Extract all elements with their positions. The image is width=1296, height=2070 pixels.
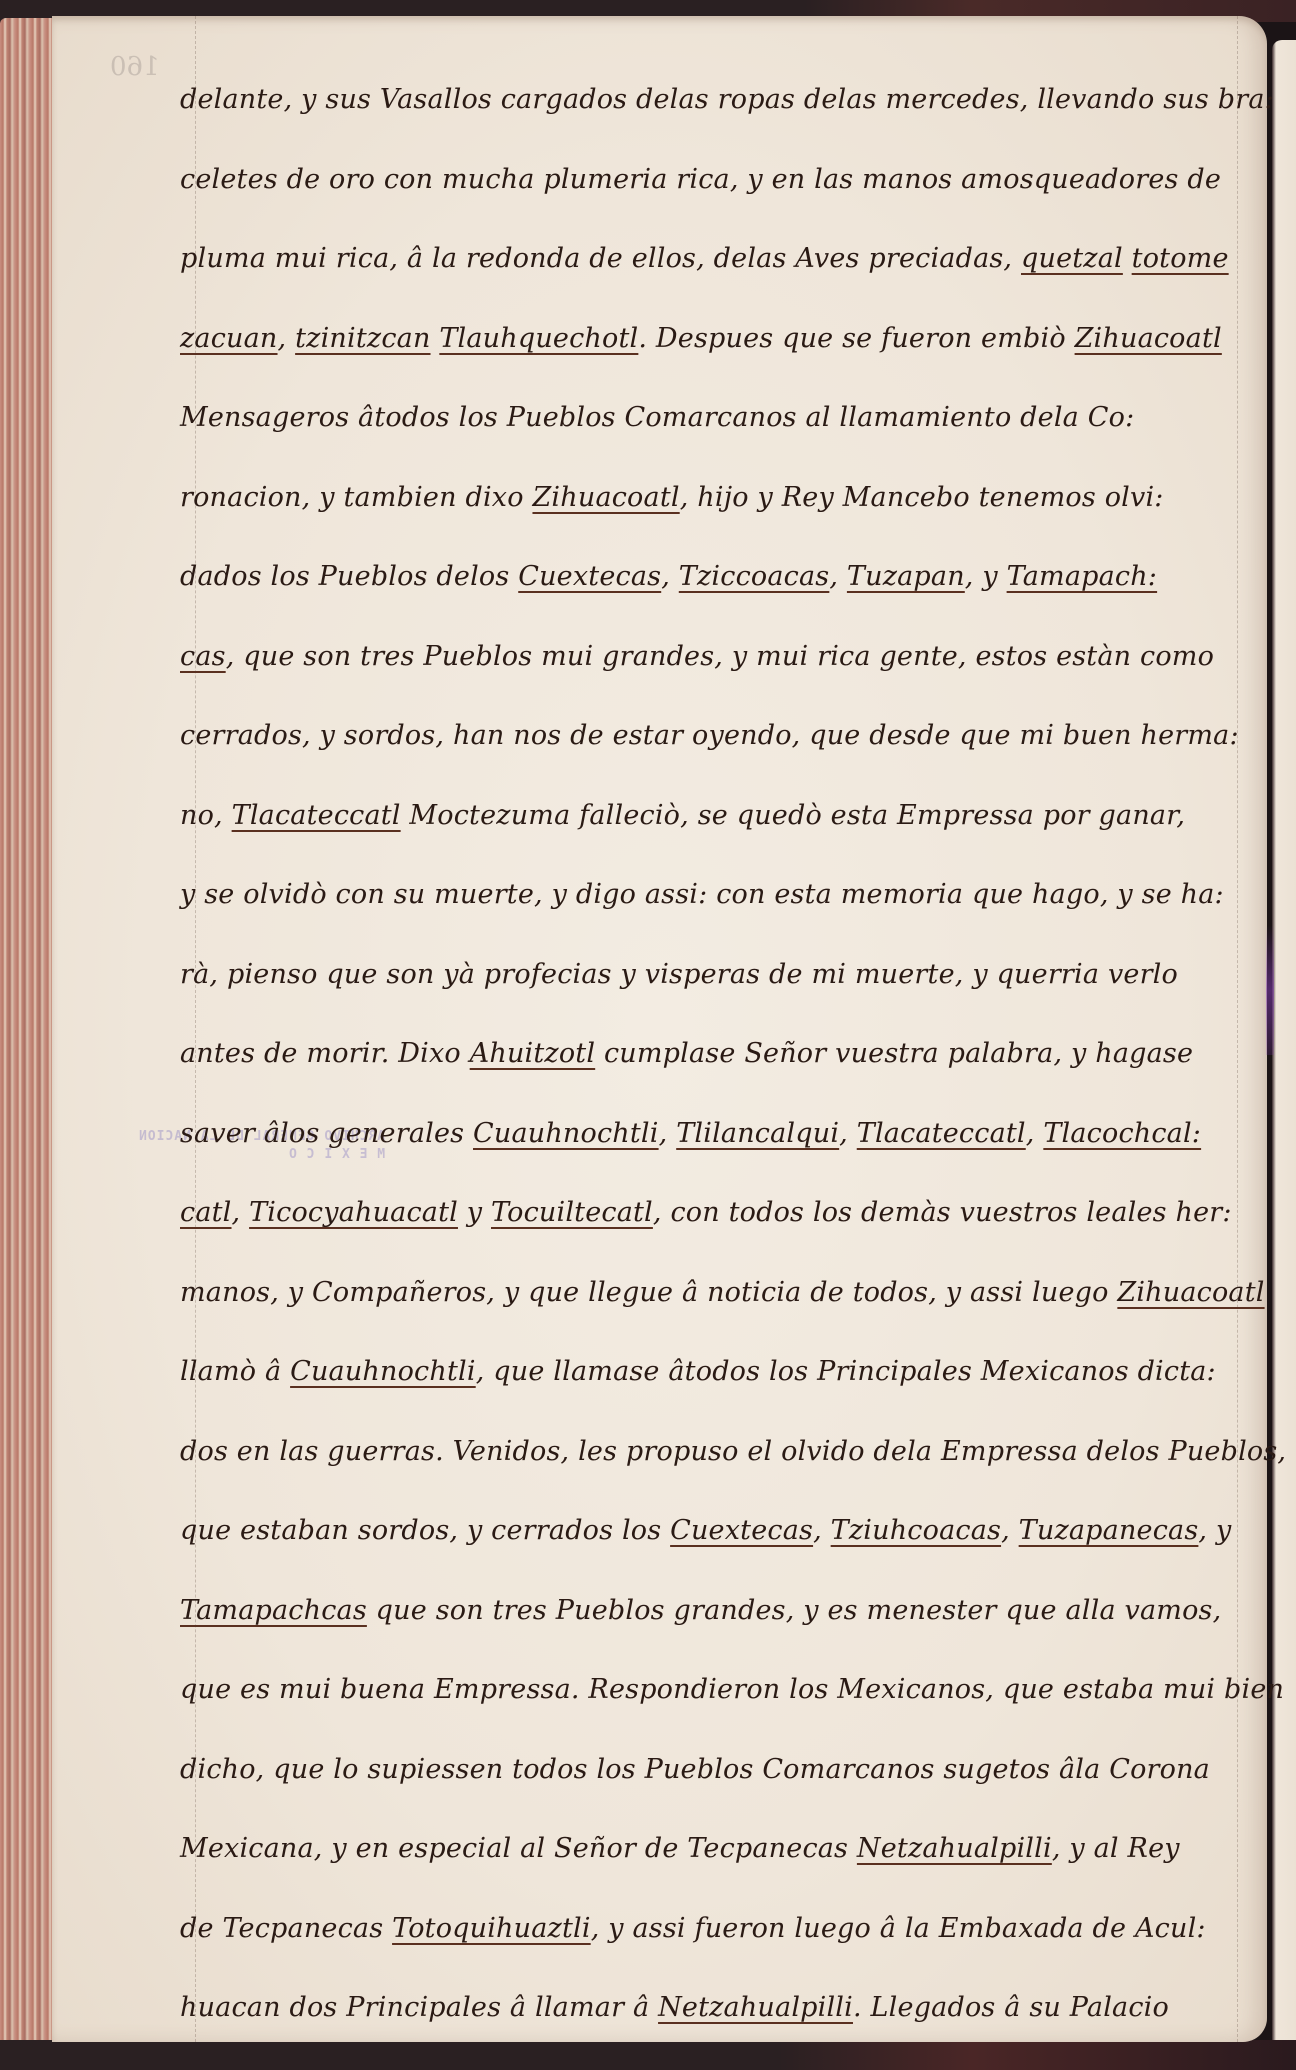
text-segment: , bbox=[813, 1515, 831, 1546]
text-segment: , que son tres Pueblos mui grandes, y mu… bbox=[226, 641, 1214, 672]
text-segment: , bbox=[659, 1118, 677, 1149]
underlined-proper-name: Tocuiltecatl bbox=[491, 1197, 653, 1228]
underlined-proper-name: Zihuacoatl bbox=[1075, 323, 1222, 354]
underlined-proper-name: Cuextecas bbox=[518, 561, 661, 592]
text-segment: , bbox=[661, 561, 679, 592]
text-line: dados los Pueblos delos Cuextecas, Tzicc… bbox=[180, 537, 1260, 617]
underlined-proper-name: zacuan bbox=[180, 323, 278, 354]
underlined-proper-name: Zihuacoatl bbox=[1117, 1277, 1264, 1308]
text-segment: y se olvidò con su muerte, y digo assi: … bbox=[180, 879, 1224, 910]
underlined-proper-name: Totoquihuaztli bbox=[392, 1913, 591, 1944]
text-segment: Mensageros âtodos los Pueblos Comarcanos… bbox=[180, 402, 1134, 433]
underlined-proper-name: Cuauhnochtli bbox=[473, 1118, 659, 1149]
manuscript-text: delante, y sus Vasallos cargados delas r… bbox=[180, 60, 1260, 2048]
text-segment: , hijo y Rey Mancebo tenemos olvi: bbox=[680, 482, 1164, 513]
text-segment bbox=[431, 323, 440, 354]
text-line: dicho, que lo supiessen todos los Pueblo… bbox=[180, 1730, 1260, 1810]
underlined-proper-name: Ticocyahuacatl bbox=[249, 1197, 458, 1228]
text-segment: huacan dos Principales â llamar â bbox=[180, 1992, 658, 2023]
text-segment: , con todos los demàs vuestros leales he… bbox=[653, 1197, 1232, 1228]
text-segment: , bbox=[829, 561, 847, 592]
underlined-proper-name: catl bbox=[180, 1197, 232, 1228]
text-line: huacan dos Principales â llamar â Netzah… bbox=[180, 1968, 1260, 2048]
text-line: Mensageros âtodos los Pueblos Comarcanos… bbox=[180, 378, 1260, 458]
text-line: rà, pienso que son yà profecias y visper… bbox=[180, 935, 1260, 1015]
text-line: cerrados, y sordos, han nos de estar oye… bbox=[180, 696, 1260, 776]
underlined-proper-name: Cuextecas bbox=[670, 1515, 813, 1546]
text-line: celetes de oro con mucha plumeria rica, … bbox=[180, 140, 1260, 220]
page-stack-edges bbox=[0, 18, 54, 2040]
text-segment: , bbox=[1026, 1118, 1044, 1149]
text-line: antes de morir. Dixo Ahuitzotl cumplase … bbox=[180, 1014, 1260, 1094]
text-segment bbox=[1123, 243, 1132, 274]
text-segment: cerrados, y sordos, han nos de estar oye… bbox=[180, 720, 1239, 751]
text-segment: y bbox=[458, 1197, 491, 1228]
text-line: no, Tlacateccatl Moctezuma falleciò, se … bbox=[180, 776, 1260, 856]
text-line: zacuan, tzinitzcan Tlauhquechotl. Despue… bbox=[180, 299, 1260, 379]
text-segment: , bbox=[232, 1197, 250, 1228]
text-segment: dos en las guerras. Venidos, les propuso… bbox=[180, 1436, 1286, 1467]
underlined-proper-name: Tlacochcal: bbox=[1043, 1118, 1201, 1149]
text-segment: ronacion, y tambien dixo bbox=[180, 482, 532, 513]
text-segment: , bbox=[1001, 1515, 1019, 1546]
text-segment: manos, y Compañeros, y que llegue â noti… bbox=[180, 1277, 1117, 1308]
next-page-edge bbox=[1272, 40, 1296, 2040]
text-segment: que es mui buena Empressa. Respondieron … bbox=[180, 1674, 1284, 1705]
text-segment: dados los Pueblos delos bbox=[180, 561, 518, 592]
text-line: saver âlos generales Cuauhnochtli, Tlila… bbox=[180, 1094, 1260, 1174]
underlined-proper-name: cas bbox=[180, 641, 226, 672]
underlined-proper-name: Tlilancalqui bbox=[676, 1118, 839, 1149]
text-segment: , y bbox=[965, 561, 1007, 592]
text-segment: , que llamase âtodos los Principales Mex… bbox=[476, 1356, 1216, 1387]
text-segment: que son tres Pueblos grandes, y es menes… bbox=[367, 1595, 1221, 1626]
text-segment: cumplase Señor vuestra palabra, y hagase bbox=[595, 1038, 1193, 1069]
text-segment: saver âlos generales bbox=[180, 1118, 473, 1149]
text-segment: , y bbox=[1198, 1515, 1231, 1546]
text-line: manos, y Compañeros, y que llegue â noti… bbox=[180, 1253, 1260, 1333]
underlined-proper-name: Netzahualpilli bbox=[857, 1833, 1052, 1864]
underlined-proper-name: Zihuacoatl bbox=[532, 482, 679, 513]
text-segment: pluma mui rica, â la redonda de ellos, d… bbox=[180, 243, 1021, 274]
text-line: dos en las guerras. Venidos, les propuso… bbox=[180, 1412, 1260, 1492]
underlined-proper-name: Tlacateccatl bbox=[857, 1118, 1026, 1149]
text-segment: no, bbox=[180, 800, 232, 831]
text-segment: , y assi fueron luego â la Embaxada de A… bbox=[591, 1913, 1206, 1944]
underlined-proper-name: Netzahualpilli bbox=[658, 1992, 853, 2023]
underlined-proper-name: Cuauhnochtli bbox=[290, 1356, 476, 1387]
text-line: que es mui buena Empressa. Respondieron … bbox=[180, 1650, 1260, 1730]
text-segment: llamò â bbox=[180, 1356, 290, 1387]
underlined-proper-name: totome bbox=[1132, 243, 1229, 274]
text-line: pluma mui rica, â la redonda de ellos, d… bbox=[180, 219, 1260, 299]
text-line: delante, y sus Vasallos cargados delas r… bbox=[180, 60, 1260, 140]
page-number-showthrough: 160 bbox=[110, 52, 160, 82]
underlined-proper-name: Tlauhquechotl bbox=[439, 323, 638, 354]
underlined-proper-name: tzinitzcan bbox=[295, 323, 430, 354]
text-line: cas, que son tres Pueblos mui grandes, y… bbox=[180, 617, 1260, 697]
violet-ink-mark bbox=[1266, 925, 1274, 1055]
text-line: de Tecpanecas Totoquihuaztli, y assi fue… bbox=[180, 1889, 1260, 1969]
text-line: y se olvidò con su muerte, y digo assi: … bbox=[180, 855, 1260, 935]
text-segment: , bbox=[278, 323, 296, 354]
text-segment: , y al Rey bbox=[1052, 1833, 1180, 1864]
text-segment: Mexicana, y en especial al Señor de Tecp… bbox=[180, 1833, 857, 1864]
text-segment: Moctezuma falleciò, se quedò esta Empres… bbox=[401, 800, 1186, 831]
text-line: Mexicana, y en especial al Señor de Tecp… bbox=[180, 1809, 1260, 1889]
text-line: ronacion, y tambien dixo Zihuacoatl, hij… bbox=[180, 458, 1260, 538]
text-segment: celetes de oro con mucha plumeria rica, … bbox=[180, 164, 1221, 195]
text-segment: antes de morir. Dixo bbox=[180, 1038, 470, 1069]
underlined-proper-name: Tuzapanecas bbox=[1019, 1515, 1199, 1546]
text-line: Tamapachcas que son tres Pueblos grandes… bbox=[180, 1571, 1260, 1651]
text-line: que estaban sordos, y cerrados los Cuext… bbox=[180, 1491, 1260, 1571]
underlined-proper-name: Tlacateccatl bbox=[232, 800, 401, 831]
text-segment: de Tecpanecas bbox=[180, 1913, 392, 1944]
text-segment: , bbox=[839, 1118, 857, 1149]
text-segment: delante, y sus Vasallos cargados delas r… bbox=[180, 84, 1274, 115]
text-line: llamò â Cuauhnochtli, que llamase âtodos… bbox=[180, 1332, 1260, 1412]
underlined-proper-name: Tziuhcoacas bbox=[831, 1515, 1001, 1546]
text-segment: . Despues que se fueron embiò bbox=[638, 323, 1074, 354]
text-segment: que estaban sordos, y cerrados los bbox=[180, 1515, 670, 1546]
text-segment: . Llegados â su Palacio bbox=[853, 1992, 1169, 2023]
underlined-proper-name: quetzal bbox=[1021, 243, 1123, 274]
underlined-proper-name: Tamapach: bbox=[1007, 561, 1158, 592]
underlined-proper-name: Tziccoacas bbox=[679, 561, 830, 592]
underlined-proper-name: Tamapachcas bbox=[180, 1595, 367, 1626]
text-segment: rà, pienso que son yà profecias y visper… bbox=[180, 959, 1178, 990]
underlined-proper-name: Tuzapan bbox=[847, 561, 965, 592]
underlined-proper-name: Ahuitzotl bbox=[470, 1038, 596, 1069]
text-line: catl, Ticocyahuacatl y Tocuiltecatl, con… bbox=[180, 1173, 1260, 1253]
text-segment: dicho, que lo supiessen todos los Pueblo… bbox=[180, 1754, 1210, 1785]
